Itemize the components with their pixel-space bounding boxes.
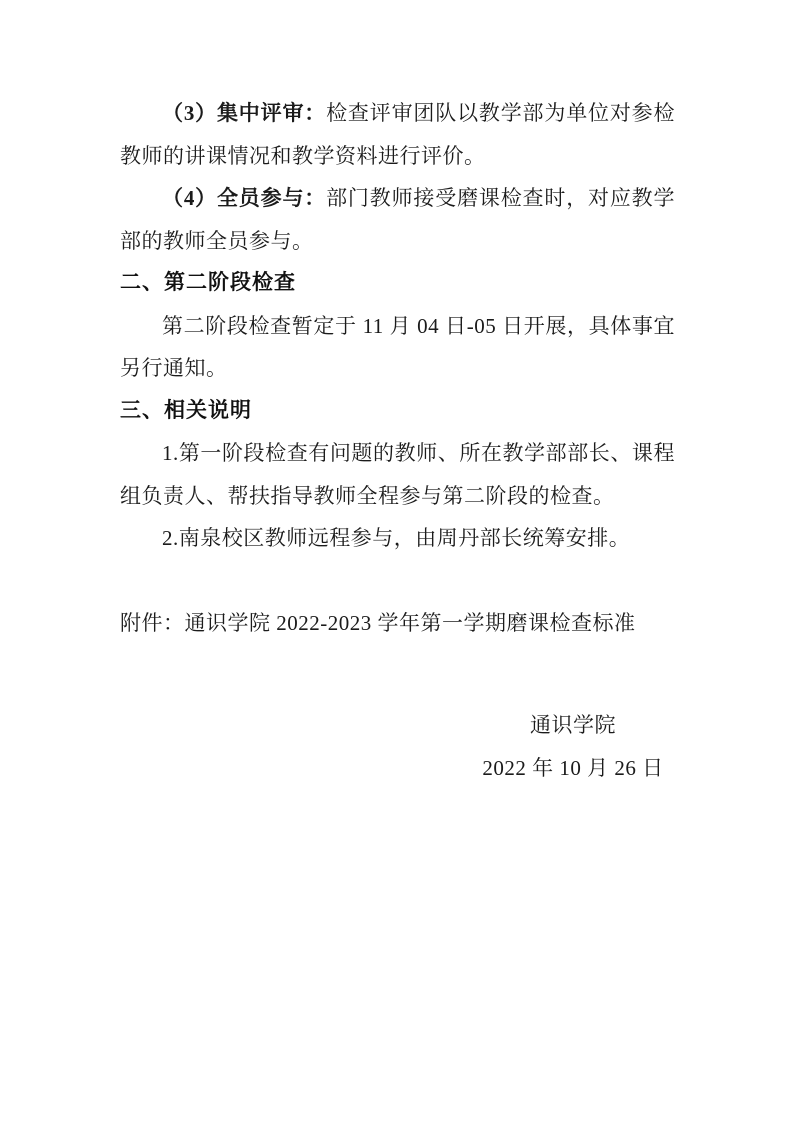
paragraph-point-3: （3）集中评审：检查评审团队以教学部为单位对参检教师的讲课情况和教学资料进行评价… bbox=[120, 92, 675, 177]
document-page: （3）集中评审：检查评审团队以教学部为单位对参检教师的讲课情况和教学资料进行评价… bbox=[0, 0, 793, 1122]
section-3-note-1: 1.第一阶段检查有问题的教师、所在教学部部长、课程组负责人、帮扶指导教师全程参与… bbox=[120, 432, 675, 517]
section-3-note-2: 2.南泉校区教师远程参与，由周丹部长统筹安排。 bbox=[120, 517, 675, 560]
section-2-heading: 二、第二阶段检查 bbox=[120, 262, 675, 305]
paragraph-point-4: （4）全员参与：部门教师接受磨课检查时，对应教学部的教师全员参与。 bbox=[120, 177, 675, 262]
point-4-lead: （4）全员参与： bbox=[162, 186, 326, 210]
point-3-lead: （3）集中评审： bbox=[162, 101, 326, 125]
attachment-line: 附件：通识学院 2022-2023 学年第一学期磨课检查标准 bbox=[120, 602, 675, 645]
section-2-paragraph: 第二阶段检查暂定于 11 月 04 日-05 日开展，具体事宜另行通知。 bbox=[120, 305, 675, 390]
section-3-heading: 三、相关说明 bbox=[120, 390, 675, 433]
signature-block: 通识学院 2022 年 10 月 26 日 bbox=[471, 704, 675, 789]
signature-org: 通识学院 bbox=[471, 704, 675, 747]
signature-date: 2022 年 10 月 26 日 bbox=[471, 747, 675, 790]
